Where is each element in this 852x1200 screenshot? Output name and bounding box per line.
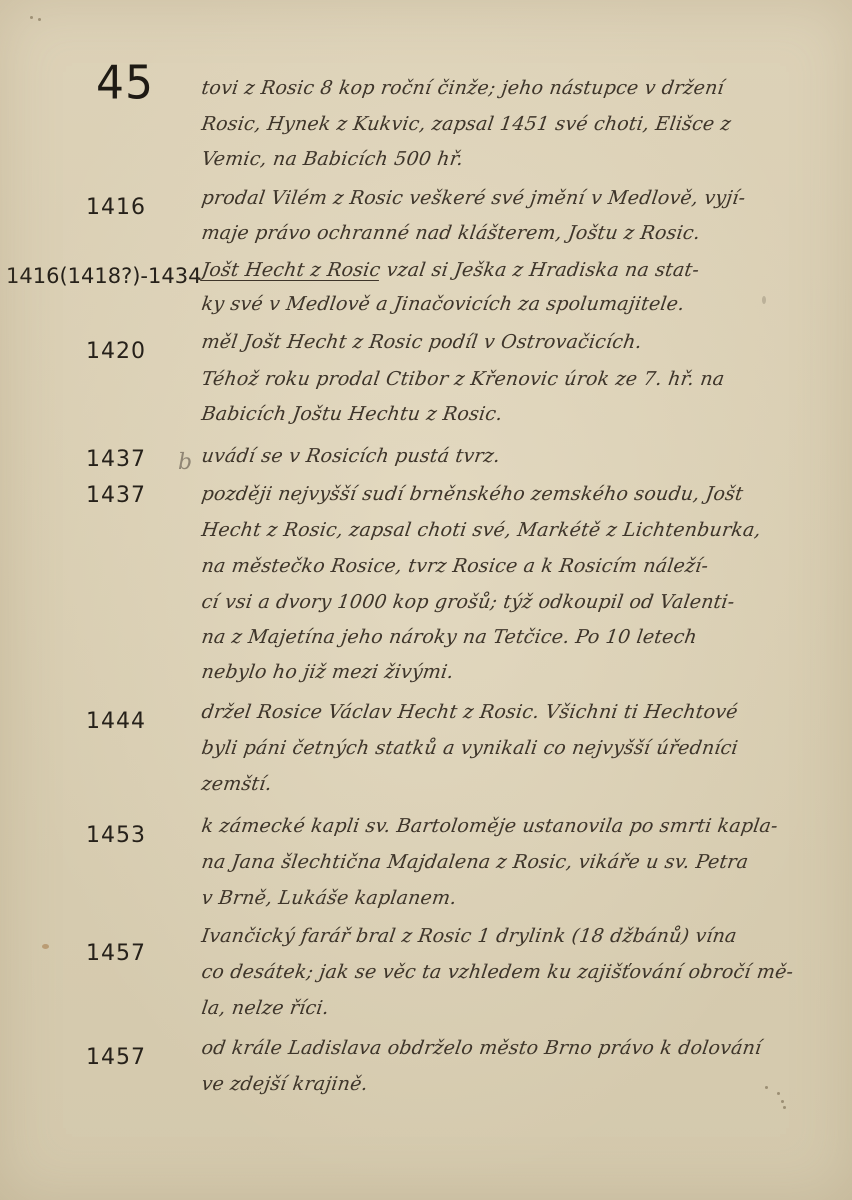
text-line: měl Jošt Hecht z Rosic podíl v Ostrovači… [200,330,644,354]
year-label: 1457 [86,1046,146,1070]
year-label: 1453 [86,824,146,848]
underlined-name: Jošt Hecht z Rosic [200,259,382,281]
paper-speck [762,296,766,304]
text-line: Hecht z Rosic, zapsal choti své, Markétě… [200,518,762,542]
text-line: později nejvyšší sudí brněnského zemskéh… [200,482,745,506]
paper-speck [30,16,33,19]
paper-speck [783,1106,786,1109]
text-line: tovi z Rosic 8 kop roční činže; jeho nás… [200,76,726,100]
text-line: Babicích Joštu Hechtu z Rosic. [200,402,504,426]
year-label: 1416(1418?)-1434 [6,264,201,288]
text-line: Ivančický farář bral z Rosic 1 drylink (… [200,924,738,948]
text-line: maje právo ochranné nad klášterem, Joštu… [200,221,702,245]
text-line: ve zdejší krajině. [200,1072,370,1096]
text-line: la, nelze říci. [200,996,331,1020]
manuscript-page: 45 tovi z Rosic 8 kop roční činže; jeho … [0,0,852,1200]
year-label: 1416 [86,196,146,220]
text-line: na Jana šlechtična Majdalena z Rosic, vi… [200,850,750,874]
page-number: 45 [96,61,154,107]
text-line: Vemic, na Babicích 500 hř. [200,147,465,171]
text-line: nebylo ho již mezi živými. [200,660,455,684]
text-line: od krále Ladislava obdrželo město Brno p… [200,1036,763,1060]
text-line: prodal Vilém z Rosic veškeré své jmění v… [200,186,747,210]
year-label: 1444 [86,710,146,734]
text-line: byli páni četných statků a vynikali co n… [200,736,740,760]
text-line: zemští. [200,772,274,796]
text-line: cí vsi a dvory 1000 kop grošů; týž odkou… [200,590,736,614]
text-line: uvádí se v Rosicích pustá tvrz. [200,444,502,468]
text-line: Jošt Hecht z Rosic vzal si Ješka z Hradi… [200,258,701,282]
text-line: k zámecké kapli sv. Bartoloměje ustanovi… [200,814,779,838]
text-line: Rosic, Hynek z Kukvic, zapsal 1451 své c… [200,112,733,136]
text-line-rest: vzal si Ješka z Hradiska na stat- [379,259,701,281]
paper-speck [781,1100,784,1103]
paper-speck [765,1086,768,1089]
pencil-margin-mark: b [178,450,192,475]
paper-speck [777,1092,780,1095]
year-label: 1457 [86,942,146,966]
paper-speck [38,18,41,21]
year-label: 1437 [86,448,146,472]
text-line: držel Rosice Václav Hecht z Rosic. Všich… [200,700,739,724]
text-line: ky své v Medlově a Jinačovicích za spolu… [200,292,686,316]
text-line: co desátek; jak se věc ta vzhledem ku za… [200,960,795,984]
year-label: 1420 [86,340,146,364]
text-line: na městečko Rosice, tvrz Rosice a k Rosi… [200,554,710,578]
paper-stain [42,944,49,949]
year-label: 1437 [86,484,146,508]
text-line: v Brně, Lukáše kaplanem. [200,886,458,910]
text-line: na z Majetína jeho nároky na Tetčice. Po… [200,625,699,649]
text-line: Téhož roku prodal Ctibor z Křenovic úrok… [200,367,726,391]
